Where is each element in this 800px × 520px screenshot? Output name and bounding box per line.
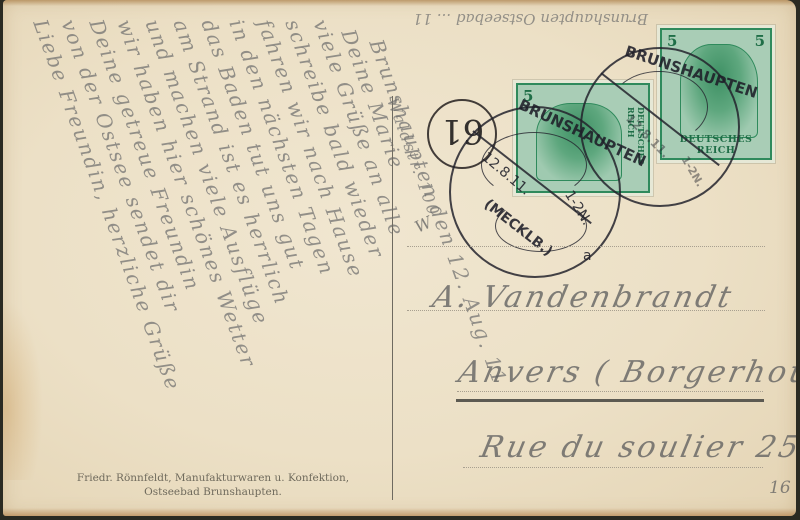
- printer-imprint: Friedr. Rönnfeldt, Manufakturwaren u. Ko…: [53, 471, 373, 499]
- recipient-street: Rue du soulier 25: [477, 430, 796, 465]
- stamp-value: 5: [755, 32, 765, 50]
- address-dotted-line-4: [463, 467, 763, 468]
- recipient-city: Anvers ( Borgerhout: [455, 355, 796, 390]
- imprint-line-2: Ostseebad Brunshaupten.: [53, 485, 373, 499]
- postmark-letter: a: [583, 248, 592, 264]
- center-divider-line: [392, 96, 393, 500]
- address-dotted-line-3: [457, 391, 763, 392]
- city-underline-bar: [456, 399, 764, 402]
- address-dotted-line-1: [407, 246, 765, 247]
- imprint-line-1: Friedr. Rönnfeldt, Manufakturwaren u. Ko…: [53, 471, 373, 485]
- handwritten-message: Liebe Freundin, herzliche Grüße von der …: [11, 6, 389, 466]
- upside-down-note: Brunshaupten Ostseebad ... 11: [413, 10, 648, 28]
- age-stain-bottom: [3, 508, 796, 516]
- address-dotted-line-2: [407, 310, 765, 311]
- postcard: Liebe Freundin, herzliche Grüße von der …: [3, 0, 796, 516]
- street-suffix-number: 16: [769, 478, 791, 498]
- postmark-time: 1-2N.: [679, 154, 707, 189]
